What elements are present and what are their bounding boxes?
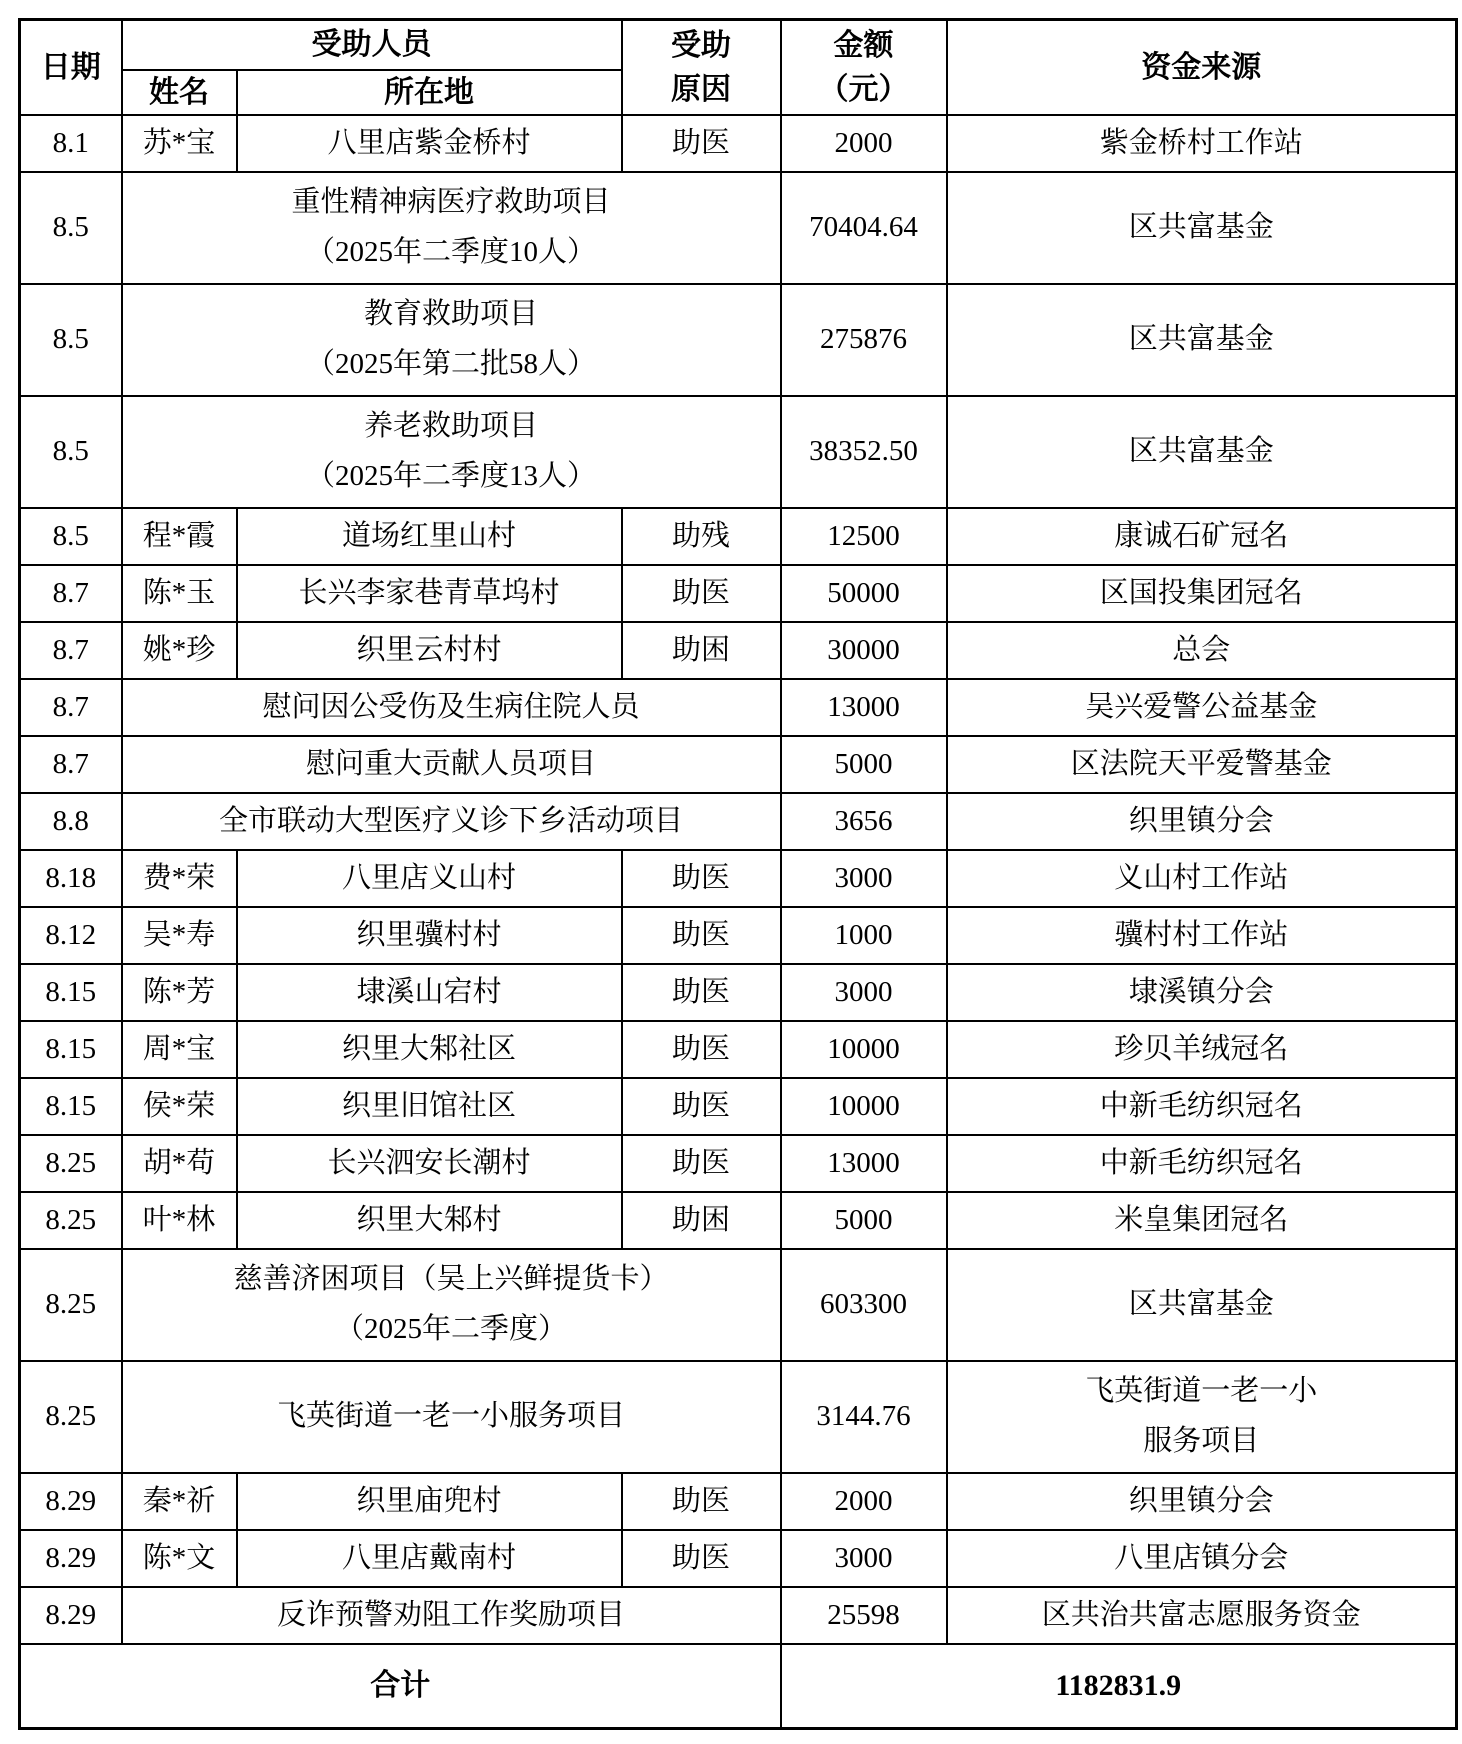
- cell-source: 区法院天平爱警基金: [947, 736, 1457, 793]
- cell-reason: 助医: [622, 115, 781, 172]
- cell-location: 织里大邾社区: [237, 1021, 622, 1078]
- cell-project: 全市联动大型医疗义诊下乡活动项目: [122, 793, 781, 850]
- cell-source: 埭溪镇分会: [947, 964, 1457, 1021]
- cell-name: 陈*芳: [122, 964, 237, 1021]
- cell-amount: 3144.76: [781, 1361, 947, 1473]
- cell-source: 康诚石矿冠名: [947, 508, 1457, 565]
- cell-reason: 助医: [622, 1530, 781, 1587]
- table-row: 8.25飞英街道一老一小服务项目3144.76飞英街道一老一小服务项目: [20, 1361, 1457, 1473]
- cell-reason: 助医: [622, 565, 781, 622]
- cell-project: 重性精神病医疗救助项目（2025年二季度10人）: [122, 172, 781, 284]
- table-row: 8.25胡*苟长兴泗安长潮村助医13000中新毛纺织冠名: [20, 1135, 1457, 1192]
- header-reason-line2: 原因: [627, 68, 776, 112]
- cell-project: 慰问重大贡献人员项目: [122, 736, 781, 793]
- cell-name: 姚*珍: [122, 622, 237, 679]
- cell-source: 织里镇分会: [947, 793, 1457, 850]
- cell-source: 总会: [947, 622, 1457, 679]
- cell-reason: 助医: [622, 850, 781, 907]
- cell-location: 八里店义山村: [237, 850, 622, 907]
- cell-date: 8.18: [20, 850, 122, 907]
- cell-project: 反诈预警劝阻工作奖励项目: [122, 1587, 781, 1644]
- cell-source: 飞英街道一老一小服务项目: [947, 1361, 1457, 1473]
- cell-date: 8.5: [20, 396, 122, 508]
- table-row: 8.18费*荣八里店义山村助医3000义山村工作站: [20, 850, 1457, 907]
- cell-date: 8.7: [20, 679, 122, 736]
- cell-reason: 助困: [622, 622, 781, 679]
- cell-name: 叶*林: [122, 1192, 237, 1249]
- cell-amount: 50000: [781, 565, 947, 622]
- cell-source: 中新毛纺织冠名: [947, 1078, 1457, 1135]
- table-row: 8.15周*宝织里大邾社区助医10000珍贝羊绒冠名: [20, 1021, 1457, 1078]
- cell-reason: 助医: [622, 1021, 781, 1078]
- table-row: 8.7慰问重大贡献人员项目5000区法院天平爱警基金: [20, 736, 1457, 793]
- cell-name: 秦*祈: [122, 1473, 237, 1530]
- cell-source: 中新毛纺织冠名: [947, 1135, 1457, 1192]
- cell-location: 八里店紫金桥村: [237, 115, 622, 172]
- table-row: 8.7慰问因公受伤及生病住院人员13000吴兴爱警公益基金: [20, 679, 1457, 736]
- cell-source: 珍贝羊绒冠名: [947, 1021, 1457, 1078]
- total-label: 合计: [20, 1644, 781, 1728]
- cell-amount: 3000: [781, 850, 947, 907]
- header-recipients-group: 受助人员: [122, 20, 622, 70]
- cell-name: 费*荣: [122, 850, 237, 907]
- cell-source: 区共治共富志愿服务资金: [947, 1587, 1457, 1644]
- cell-amount: 2000: [781, 115, 947, 172]
- cell-date: 8.29: [20, 1473, 122, 1530]
- cell-date: 8.29: [20, 1587, 122, 1644]
- cell-source: 骥村村工作站: [947, 907, 1457, 964]
- header-amount-line1: 金额: [786, 24, 942, 68]
- cell-name: 苏*宝: [122, 115, 237, 172]
- cell-amount: 13000: [781, 679, 947, 736]
- cell-location: 长兴李家巷青草坞村: [237, 565, 622, 622]
- table-row: 8.5教育救助项目（2025年第二批58人）275876区共富基金: [20, 284, 1457, 396]
- cell-project: 教育救助项目（2025年第二批58人）: [122, 284, 781, 396]
- cell-date: 8.15: [20, 964, 122, 1021]
- cell-date: 8.5: [20, 284, 122, 396]
- cell-date: 8.25: [20, 1192, 122, 1249]
- cell-date: 8.29: [20, 1530, 122, 1587]
- table-row: 8.5程*霞道场红里山村助残12500康诚石矿冠名: [20, 508, 1457, 565]
- table-row: 8.25慈善济困项目（吴上兴鲜提货卡）（2025年二季度）603300区共富基金: [20, 1249, 1457, 1361]
- cell-name: 周*宝: [122, 1021, 237, 1078]
- total-row: 合计 1182831.9: [20, 1644, 1457, 1728]
- header-date: 日期: [20, 20, 122, 116]
- cell-amount: 70404.64: [781, 172, 947, 284]
- cell-location: 长兴泗安长潮村: [237, 1135, 622, 1192]
- cell-amount: 2000: [781, 1473, 947, 1530]
- cell-name: 程*霞: [122, 508, 237, 565]
- cell-name: 胡*苟: [122, 1135, 237, 1192]
- cell-date: 8.12: [20, 907, 122, 964]
- table-row: 8.5重性精神病医疗救助项目（2025年二季度10人）70404.64区共富基金: [20, 172, 1457, 284]
- cell-location: 织里骥村村: [237, 907, 622, 964]
- cell-source: 区共富基金: [947, 172, 1457, 284]
- cell-amount: 3656: [781, 793, 947, 850]
- cell-amount: 603300: [781, 1249, 947, 1361]
- table-footer: 合计 1182831.9: [20, 1644, 1457, 1728]
- cell-amount: 30000: [781, 622, 947, 679]
- cell-location: 织里大邾村: [237, 1192, 622, 1249]
- cell-amount: 275876: [781, 284, 947, 396]
- cell-source: 区国投集团冠名: [947, 565, 1457, 622]
- cell-project: 慰问因公受伤及生病住院人员: [122, 679, 781, 736]
- header-reason-line1: 受助: [627, 24, 776, 68]
- cell-reason: 助困: [622, 1192, 781, 1249]
- cell-location: 道场红里山村: [237, 508, 622, 565]
- cell-date: 8.7: [20, 622, 122, 679]
- cell-amount: 12500: [781, 508, 947, 565]
- table-row: 8.5养老救助项目（2025年二季度13人）38352.50区共富基金: [20, 396, 1457, 508]
- cell-source: 区共富基金: [947, 396, 1457, 508]
- aid-disbursement-table: 日期 受助人员 受助 原因 金额 （元） 资金来源 姓名 所在地 8.1苏*宝八…: [18, 18, 1458, 1730]
- table-row: 8.15侯*荣织里旧馆社区助医10000中新毛纺织冠名: [20, 1078, 1457, 1135]
- cell-location: 织里庙兜村: [237, 1473, 622, 1530]
- cell-amount: 1000: [781, 907, 947, 964]
- cell-reason: 助医: [622, 964, 781, 1021]
- cell-date: 8.25: [20, 1135, 122, 1192]
- cell-date: 8.8: [20, 793, 122, 850]
- header-name: 姓名: [122, 70, 237, 116]
- cell-date: 8.1: [20, 115, 122, 172]
- total-amount: 1182831.9: [781, 1644, 1457, 1728]
- cell-location: 埭溪山宕村: [237, 964, 622, 1021]
- cell-date: 8.7: [20, 565, 122, 622]
- cell-date: 8.15: [20, 1078, 122, 1135]
- header-row-1: 日期 受助人员 受助 原因 金额 （元） 资金来源: [20, 20, 1457, 70]
- cell-source: 吴兴爱警公益基金: [947, 679, 1457, 736]
- cell-source: 米皇集团冠名: [947, 1192, 1457, 1249]
- cell-date: 8.15: [20, 1021, 122, 1078]
- cell-project: 慈善济困项目（吴上兴鲜提货卡）（2025年二季度）: [122, 1249, 781, 1361]
- cell-reason: 助医: [622, 907, 781, 964]
- cell-name: 陈*玉: [122, 565, 237, 622]
- cell-location: 织里旧馆社区: [237, 1078, 622, 1135]
- table-body: 8.1苏*宝八里店紫金桥村助医2000紫金桥村工作站8.5重性精神病医疗救助项目…: [20, 115, 1457, 1644]
- cell-amount: 5000: [781, 1192, 947, 1249]
- cell-reason: 助医: [622, 1473, 781, 1530]
- cell-amount: 10000: [781, 1078, 947, 1135]
- cell-amount: 10000: [781, 1021, 947, 1078]
- table-row: 8.12吴*寿织里骥村村助医1000骥村村工作站: [20, 907, 1457, 964]
- table-row: 8.7陈*玉长兴李家巷青草坞村助医50000区国投集团冠名: [20, 565, 1457, 622]
- table-row: 8.15陈*芳埭溪山宕村助医3000埭溪镇分会: [20, 964, 1457, 1021]
- cell-amount: 5000: [781, 736, 947, 793]
- cell-date: 8.25: [20, 1249, 122, 1361]
- table-row: 8.7姚*珍织里云村村助困30000总会: [20, 622, 1457, 679]
- cell-location: 织里云村村: [237, 622, 622, 679]
- table-header: 日期 受助人员 受助 原因 金额 （元） 资金来源 姓名 所在地: [20, 20, 1457, 116]
- cell-date: 8.5: [20, 172, 122, 284]
- cell-date: 8.5: [20, 508, 122, 565]
- cell-project: 飞英街道一老一小服务项目: [122, 1361, 781, 1473]
- cell-location: 八里店戴南村: [237, 1530, 622, 1587]
- header-location: 所在地: [237, 70, 622, 116]
- cell-date: 8.25: [20, 1361, 122, 1473]
- cell-source: 区共富基金: [947, 1249, 1457, 1361]
- table-row: 8.29秦*祈织里庙兜村助医2000织里镇分会: [20, 1473, 1457, 1530]
- cell-amount: 13000: [781, 1135, 947, 1192]
- header-source: 资金来源: [947, 20, 1457, 116]
- cell-amount: 3000: [781, 1530, 947, 1587]
- table-row: 8.8全市联动大型医疗义诊下乡活动项目3656织里镇分会: [20, 793, 1457, 850]
- cell-project: 养老救助项目（2025年二季度13人）: [122, 396, 781, 508]
- cell-source: 义山村工作站: [947, 850, 1457, 907]
- table-row: 8.1苏*宝八里店紫金桥村助医2000紫金桥村工作站: [20, 115, 1457, 172]
- cell-reason: 助残: [622, 508, 781, 565]
- cell-name: 吴*寿: [122, 907, 237, 964]
- cell-date: 8.7: [20, 736, 122, 793]
- cell-source: 紫金桥村工作站: [947, 115, 1457, 172]
- header-amount: 金额 （元）: [781, 20, 947, 116]
- cell-reason: 助医: [622, 1078, 781, 1135]
- cell-source: 织里镇分会: [947, 1473, 1457, 1530]
- table-row: 8.29反诈预警劝阻工作奖励项目25598区共治共富志愿服务资金: [20, 1587, 1457, 1644]
- cell-source: 八里店镇分会: [947, 1530, 1457, 1587]
- cell-amount: 25598: [781, 1587, 947, 1644]
- table-row: 8.25叶*林织里大邾村助困5000米皇集团冠名: [20, 1192, 1457, 1249]
- cell-amount: 3000: [781, 964, 947, 1021]
- table-row: 8.29陈*文八里店戴南村助医3000八里店镇分会: [20, 1530, 1457, 1587]
- cell-reason: 助医: [622, 1135, 781, 1192]
- header-reason: 受助 原因: [622, 20, 781, 116]
- cell-source: 区共富基金: [947, 284, 1457, 396]
- cell-name: 侯*荣: [122, 1078, 237, 1135]
- header-amount-line2: （元）: [786, 68, 942, 112]
- cell-amount: 38352.50: [781, 396, 947, 508]
- cell-name: 陈*文: [122, 1530, 237, 1587]
